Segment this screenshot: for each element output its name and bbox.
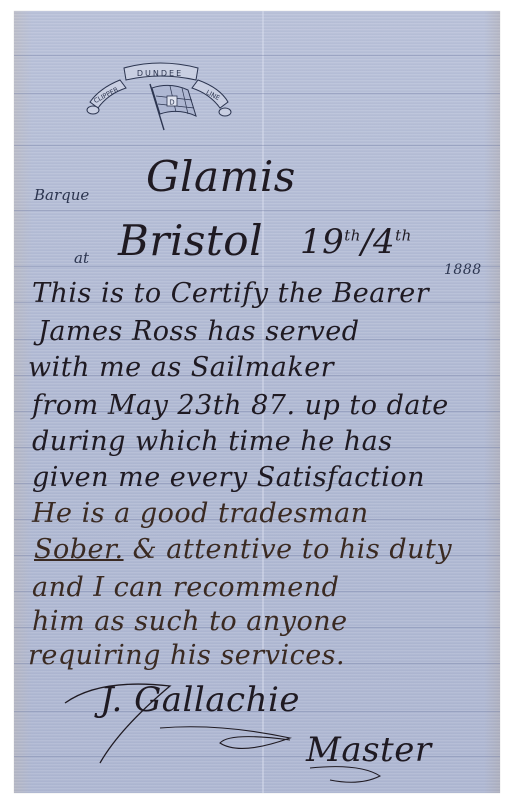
flag-letter: D — [169, 99, 174, 107]
banner-top-text: DUNDEE — [137, 69, 183, 78]
body-line-6: given me every Satisfaction — [32, 462, 425, 493]
body-line-8: Sober. & attentive to his duty — [34, 534, 452, 565]
ruled-line — [14, 210, 500, 211]
body-line-9: and I can recommend — [32, 572, 339, 603]
body-line-1: This is to Certify the Bearer — [32, 278, 429, 309]
date: 19th/4th — [300, 222, 412, 262]
vessel-label: Barque — [34, 186, 89, 204]
signature-title: Master — [306, 730, 432, 770]
body-line-8-rest: & attentive to his duty — [133, 534, 453, 565]
date-day-suffix: th — [344, 227, 361, 245]
signature-name: J. Gallachie — [100, 680, 300, 720]
body-line-4: from May 23th 87. up to date — [32, 390, 449, 421]
vessel-name: Glamis — [146, 152, 296, 201]
place-label: at — [74, 249, 89, 267]
dundee-clipper-line-emblem: DUNDEE CLIPPER LINE D — [60, 50, 260, 140]
body-line-2: James Ross has served — [38, 316, 360, 347]
date-month-suffix: th — [395, 227, 412, 245]
place-name: Bristol — [118, 216, 263, 265]
date-separator: / — [361, 222, 373, 262]
date-day: 19 — [300, 222, 344, 262]
date-month: 4 — [373, 222, 395, 262]
body-line-3: with me as Sailmaker — [28, 352, 334, 383]
body-line-11: requiring his services. — [28, 640, 345, 671]
underlined-word: Sober. — [34, 534, 124, 565]
body-line-5: during which time he has — [32, 426, 393, 457]
body-line-7: He is a good tradesman — [32, 498, 369, 529]
body-line-10: him as such to anyone — [32, 606, 348, 637]
ruled-line — [14, 145, 500, 146]
year: 1888 — [444, 262, 482, 278]
